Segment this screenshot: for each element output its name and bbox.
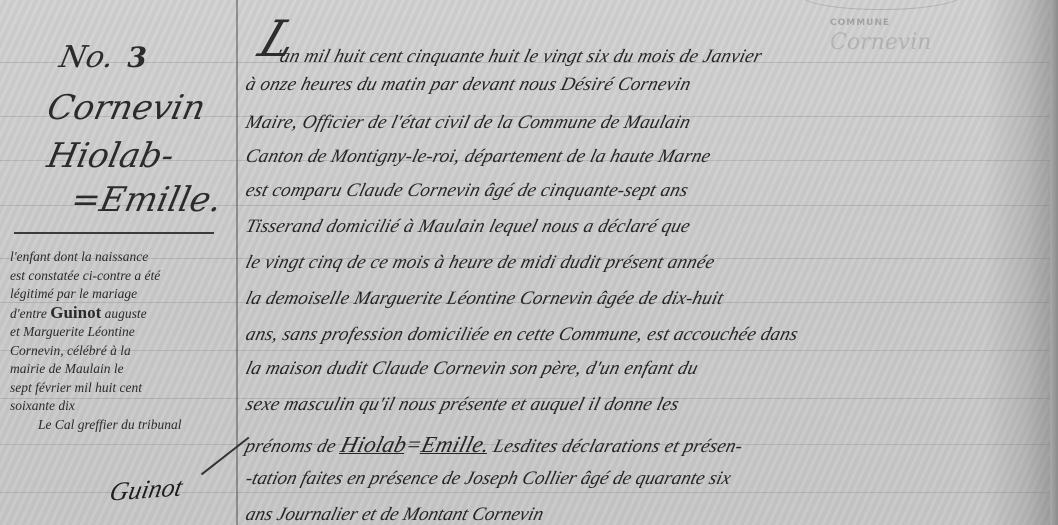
entry-line: -tation faites en présence de Joseph Col… bbox=[243, 468, 733, 490]
prenoms-label: prénoms de bbox=[243, 436, 338, 457]
given-name-emille: Emille. bbox=[419, 432, 492, 457]
footer-lines: -tation faites en présence de Joseph Col… bbox=[246, 468, 730, 525]
annotation-line: Le Cal greffier du tribunal bbox=[10, 416, 235, 435]
annotation-line: sept février mil huit cent bbox=[10, 379, 235, 398]
entry-line: Maire, Officier de l'état civil de la Co… bbox=[243, 112, 693, 134]
stamp-heading: COMMUNE bbox=[830, 18, 890, 28]
entry-line: Tisserand domicilié à Maulain lequel nou… bbox=[243, 216, 692, 238]
entry-line: ans, sans profession domiciliée en cette… bbox=[243, 324, 800, 346]
signature-flourish bbox=[201, 437, 249, 475]
entry-number: No.3 bbox=[56, 40, 150, 75]
entry-line: la demoiselle Marguerite Léontine Cornev… bbox=[243, 288, 726, 310]
annotation-fragment: d'entre bbox=[10, 306, 47, 321]
entry-line: la maison dudit Claude Cornevin son père… bbox=[243, 358, 700, 380]
margin-given-name-1: Hiolab- bbox=[44, 136, 178, 176]
margin-annotation: l'enfant dont la naissance est constatée… bbox=[10, 248, 235, 434]
annotation-line: et Marguerite Léontine bbox=[10, 323, 235, 342]
entry-line: Canton de Montigny-le-roi, département d… bbox=[243, 146, 713, 168]
margin-separator bbox=[14, 232, 214, 234]
annotation-line: est constatée ci-contre a été bbox=[10, 267, 235, 286]
annotation-line: mairie de Maulain le bbox=[10, 360, 235, 379]
entry-line: prénoms de Hiolab=Emille. Lesdites décla… bbox=[243, 432, 746, 458]
page-binding-edge bbox=[1050, 0, 1058, 525]
given-name-hiolab: Hiolab bbox=[338, 432, 409, 457]
entry-line: 'an mil huit cent cinquante huit le ving… bbox=[273, 46, 764, 68]
entry-line: est comparu Claude Cornevin âgé de cinqu… bbox=[243, 180, 690, 202]
stamp-arc bbox=[800, 0, 962, 10]
entry-line: sexe masculin qu'il nous présente et auq… bbox=[243, 394, 681, 416]
register-page: No.3 Cornevin Hiolab- =Emille. l'enfant … bbox=[0, 0, 1058, 525]
annotation-line: Cornevin, célébré à la bbox=[10, 342, 235, 361]
entry-line: à onze heures du matin par devant nous D… bbox=[243, 74, 693, 96]
stamp-name: Cornevin bbox=[830, 30, 931, 55]
margin-surname: Cornevin bbox=[44, 88, 209, 128]
annotation-line: légitimé par le mariage bbox=[10, 285, 235, 304]
entry-line: le vingt cinq de ce mois à heure de midi… bbox=[243, 252, 717, 274]
annotation-fragment: auguste bbox=[105, 306, 147, 321]
annotation-line: soixante dix bbox=[10, 397, 235, 416]
entry-fragment: Lesdites déclarations et présen- bbox=[491, 436, 745, 457]
margin-given-name-2: =Emille. bbox=[68, 180, 226, 220]
entry-number-value: 3 bbox=[124, 41, 150, 74]
annotation-line: d'entre Guinot auguste bbox=[10, 304, 235, 324]
annotation-line: l'enfant dont la naissance bbox=[10, 248, 235, 267]
margin-signature: Guinot bbox=[107, 472, 185, 508]
entry-number-label: No. bbox=[56, 40, 117, 75]
annotation-surname-guinot: Guinot bbox=[50, 303, 101, 322]
entry-line: ans Journalier et de Montant Cornevin bbox=[243, 504, 733, 525]
